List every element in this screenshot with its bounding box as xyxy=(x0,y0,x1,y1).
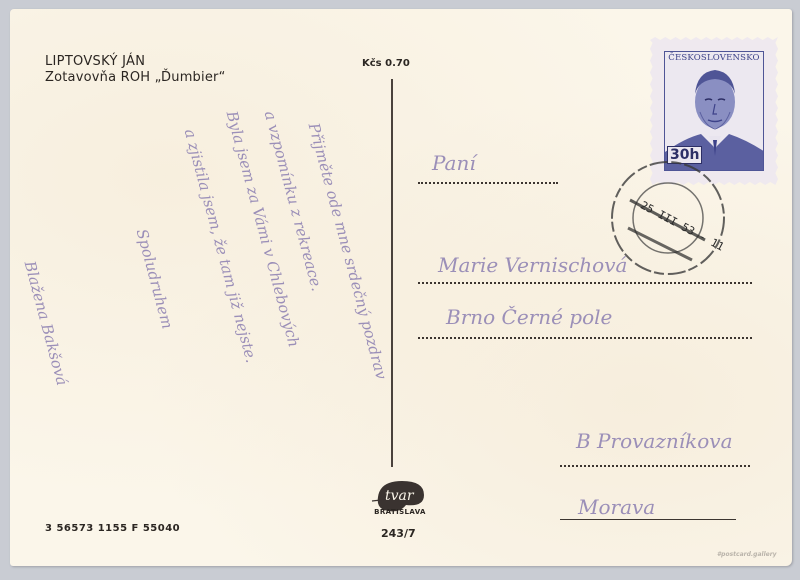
series-number: 243/7 xyxy=(381,527,416,540)
address-line-4 xyxy=(560,465,750,467)
address-line-5 xyxy=(560,519,736,520)
postcard: LIPTOVSKÝ JÁN Zotavovňa ROH „Ďumbier“ Kč… xyxy=(10,9,792,566)
divider-line xyxy=(391,79,393,467)
catalog-number: 3 56573 1155 F 55040 xyxy=(45,523,180,534)
address-line-2 xyxy=(418,282,752,284)
place-subtitle: Zotavovňa ROH „Ďumbier“ xyxy=(45,70,226,85)
message-signature: Blažena Bakšová xyxy=(21,259,72,387)
price-label: Kčs 0.70 xyxy=(362,58,410,69)
place-title: LIPTOVSKÝ JÁN xyxy=(45,54,145,69)
publisher-logo-text: tvar xyxy=(385,488,415,504)
postmark-date: 25 III 53 - 11 xyxy=(638,199,726,254)
message-line-1: Přijměte ode mne srdečný pozdrav xyxy=(305,121,391,381)
message-signoff: Spoludruhem xyxy=(133,227,177,331)
address-line-1 xyxy=(418,182,558,184)
address-line-3 xyxy=(418,337,752,339)
watermark: #postcard.gallery xyxy=(717,551,777,558)
address-line3-text: B Provazníkova xyxy=(576,429,733,453)
address-region: Morava xyxy=(578,495,655,519)
address-salutation: Paní xyxy=(432,151,476,175)
publisher-city: BRATISLAVA xyxy=(370,508,430,516)
postmark-icon: 25 III 53 - 11 xyxy=(600,150,750,280)
address-street: Brno Černé pole xyxy=(446,305,612,329)
